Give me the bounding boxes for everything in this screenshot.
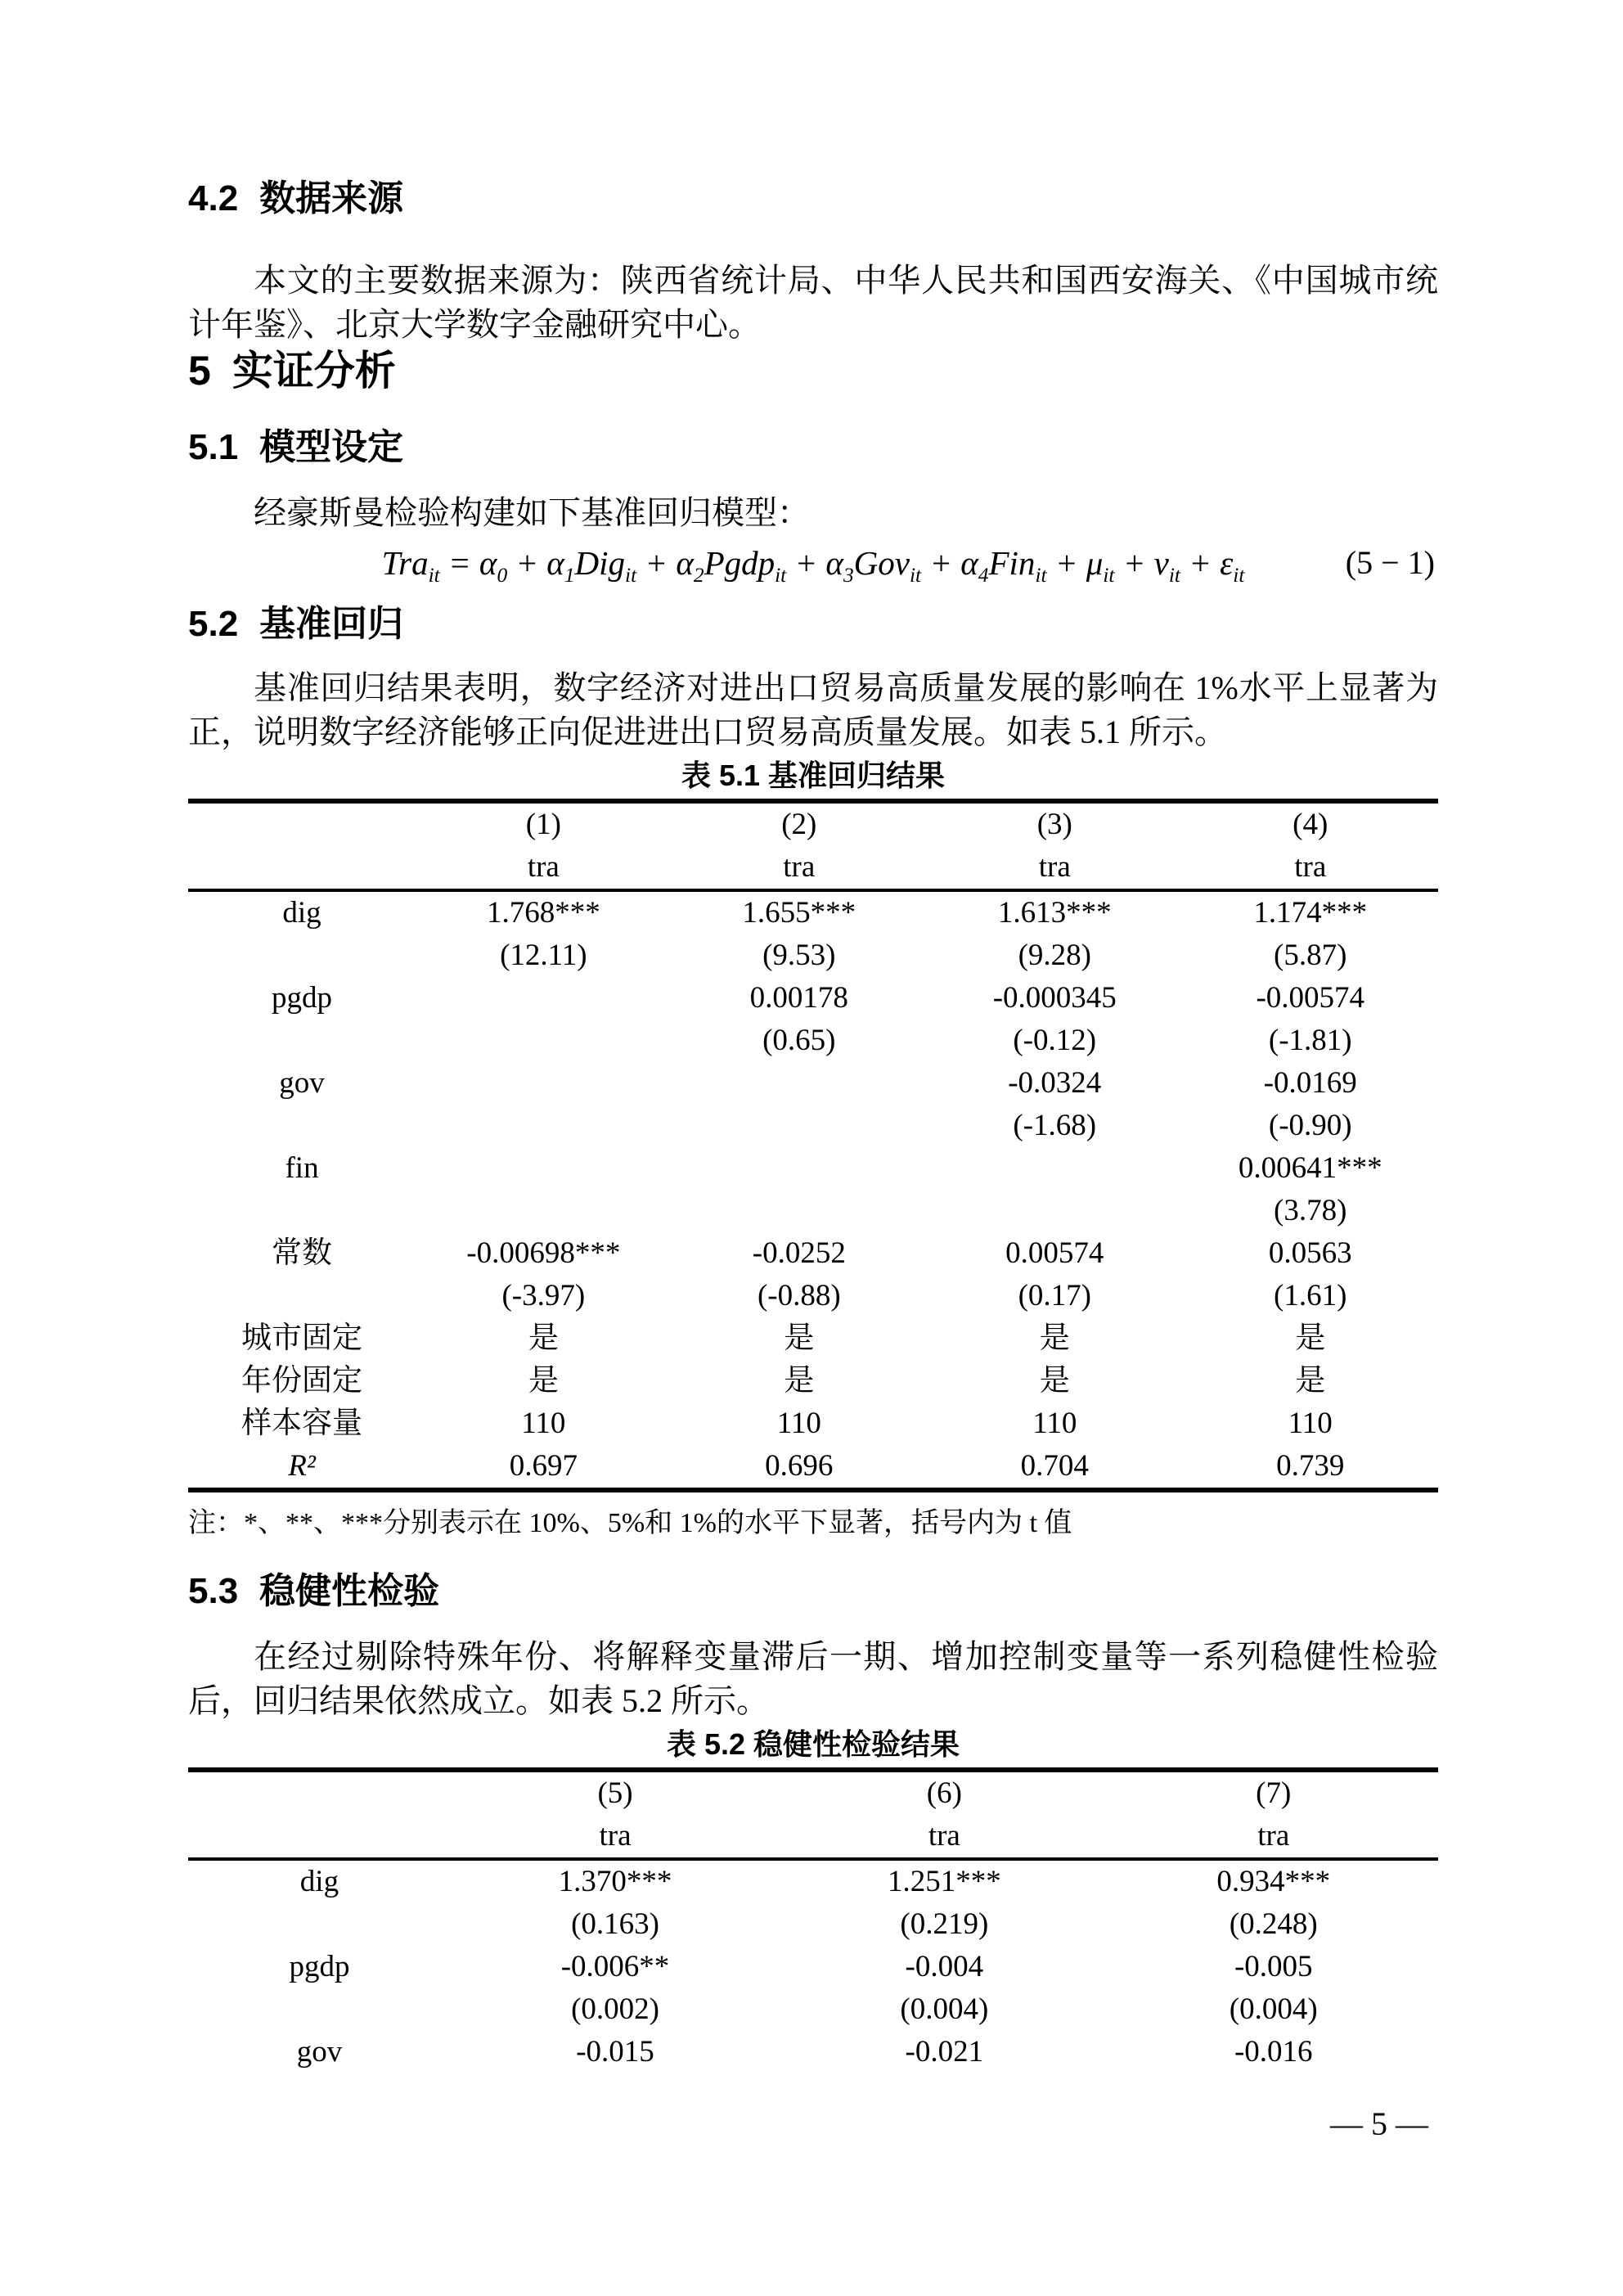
cell-value: (0.004) — [780, 1988, 1108, 2031]
equation-subscript: 3 — [843, 564, 854, 587]
cell-value — [416, 1147, 671, 1190]
equation-row: Trait = α0 + α1Digit + α2Pgdpit + α3Govi… — [188, 538, 1438, 588]
paragraph-baseline-results: 基准回归结果表明，数字经济对进出口贸易高质量发展的影响在 1%水平上显著为正，说… — [188, 666, 1438, 754]
column-header: tra — [780, 1815, 1108, 1859]
row-label — [188, 1105, 416, 1147]
row-label: gov — [188, 2031, 451, 2073]
equation-term: + ε — [1180, 544, 1233, 582]
table-row: 年份固定是是是是 — [188, 1360, 1438, 1402]
row-label — [188, 1815, 451, 1859]
row-label: pgdp — [188, 1946, 451, 1988]
cell-value — [672, 1190, 927, 1232]
cell-value: 0.00178 — [672, 977, 927, 1020]
row-label: 年份固定 — [188, 1360, 416, 1402]
equation-term: Dig — [575, 544, 626, 582]
row-label: gov — [188, 1062, 416, 1105]
paragraph-model-lead: 经豪斯曼检验构建如下基准回归模型： — [188, 491, 1438, 535]
section-heading-5-2: 5.2基准回归 — [188, 604, 1438, 645]
table-row: (0.65)(-0.12)(-1.81) — [188, 1020, 1438, 1062]
equation-term: + α — [921, 544, 978, 582]
column-header: (3) — [927, 801, 1182, 846]
cell-value: (9.28) — [927, 934, 1182, 977]
row-label — [188, 1275, 416, 1317]
table-row: R²0.6970.6960.7040.739 — [188, 1445, 1438, 1490]
table-header-row: (1)(2)(3)(4) — [188, 801, 1438, 846]
column-header: tra — [451, 1815, 780, 1859]
cell-value: 1.370*** — [451, 1859, 780, 1903]
table-caption-5-2: 表 5.2 稳健性检验结果 — [188, 1728, 1438, 1761]
equation-term: + α — [507, 544, 564, 582]
equation-number: (5 − 1) — [1346, 538, 1435, 588]
column-header: tra — [927, 846, 1182, 890]
section-heading-5-3: 5.3稳健性检验 — [188, 1571, 1438, 1612]
equation-subscript: it — [1035, 564, 1046, 587]
column-header: tra — [672, 846, 927, 890]
row-label — [188, 801, 416, 846]
table-row: 样本容量110110110110 — [188, 1402, 1438, 1445]
section-heading-4-2: 4.2数据来源 — [188, 178, 1438, 219]
table-row: (-1.68)(-0.90) — [188, 1105, 1438, 1147]
cell-value — [672, 1062, 927, 1105]
equation-subscript: it — [625, 564, 636, 587]
section-title: 数据来源 — [259, 178, 403, 218]
row-label — [188, 846, 416, 890]
column-header: (6) — [780, 1770, 1108, 1815]
equation-term: + ν — [1114, 544, 1168, 582]
cell-value — [672, 1105, 927, 1147]
cell-value: 是 — [672, 1317, 927, 1360]
cell-value: 1.251*** — [780, 1859, 1108, 1903]
cell-value: -0.00574 — [1183, 977, 1439, 1020]
paragraph-data-sources: 本文的主要数据来源为：陕西省统计局、中华人民共和国西安海关、《中国城市统计年鉴》… — [188, 259, 1438, 347]
column-header: tra — [416, 846, 671, 890]
table-header-row: tratratratra — [188, 846, 1438, 890]
cell-value: 0.934*** — [1109, 1859, 1439, 1903]
cell-value: (12.11) — [416, 934, 671, 977]
equation-term: = α — [440, 544, 497, 582]
cell-value: (0.17) — [927, 1275, 1182, 1317]
cell-value: -0.005 — [1109, 1946, 1439, 1988]
table-row: (12.11)(9.53)(9.28)(5.87) — [188, 934, 1438, 977]
cell-value: 是 — [672, 1360, 927, 1402]
row-label: fin — [188, 1147, 416, 1190]
column-header: (5) — [451, 1770, 780, 1815]
row-label — [188, 1988, 451, 2031]
cell-value: (0.65) — [672, 1020, 927, 1062]
cell-value — [927, 1147, 1182, 1190]
cell-value: 0.0563 — [1183, 1232, 1439, 1275]
cell-value: (-1.68) — [927, 1105, 1182, 1147]
cell-value: 是 — [416, 1360, 671, 1402]
row-label: dig — [188, 1859, 451, 1903]
equation-term: Fin — [989, 544, 1036, 582]
cell-value: 0.704 — [927, 1445, 1182, 1490]
equation-subscript: it — [1169, 564, 1180, 587]
cell-value: 0.00574 — [927, 1232, 1182, 1275]
table-row: dig1.768***1.655***1.613***1.174*** — [188, 890, 1438, 934]
cell-value: (0.163) — [451, 1903, 780, 1946]
cell-value: 110 — [672, 1402, 927, 1445]
cell-value: (-3.97) — [416, 1275, 671, 1317]
column-header: (2) — [672, 801, 927, 846]
equation-subscript: it — [910, 564, 921, 587]
cell-value: 是 — [927, 1317, 1182, 1360]
equation-term: + μ — [1047, 544, 1104, 582]
table-row: (3.78) — [188, 1190, 1438, 1232]
section-heading-5-1: 5.1模型设定 — [188, 427, 1438, 468]
cell-value: 1.655*** — [672, 890, 927, 934]
cell-value: (-0.12) — [927, 1020, 1182, 1062]
column-header: (7) — [1109, 1770, 1439, 1815]
section-number: 4.2 — [188, 178, 238, 219]
equation-term: + α — [786, 544, 843, 582]
regression-equation: Trait = α0 + α1Digit + α2Pgdpit + α3Govi… — [382, 544, 1245, 582]
cell-value: (1.61) — [1183, 1275, 1439, 1317]
table-row: pgdp0.00178-0.000345-0.00574 — [188, 977, 1438, 1020]
cell-value: 0.697 — [416, 1445, 671, 1490]
cell-value — [416, 1190, 671, 1232]
cell-value: (9.53) — [672, 934, 927, 977]
table-row: dig1.370***1.251***0.934*** — [188, 1859, 1438, 1903]
table-note: 注：*、**、***分别表示在 10%、5%和 1%的水平下显著，括号内为 t … — [188, 1506, 1438, 1542]
cell-value: 110 — [416, 1402, 671, 1445]
cell-value: -0.006** — [451, 1946, 780, 1988]
equation-subscript: it — [1233, 564, 1244, 587]
equation-term: + α — [636, 544, 694, 582]
document-page: 4.2数据来源 本文的主要数据来源为：陕西省统计局、中华人民共和国西安海关、《中… — [0, 0, 1623, 2296]
column-header: tra — [1183, 846, 1439, 890]
equation-subscript: 1 — [564, 564, 575, 587]
cell-value: -0.0324 — [927, 1062, 1182, 1105]
column-header: (1) — [416, 801, 671, 846]
section-title: 稳健性检验 — [259, 1571, 439, 1611]
table-row: fin0.00641*** — [188, 1147, 1438, 1190]
table-row: (-3.97)(-0.88)(0.17)(1.61) — [188, 1275, 1438, 1317]
table-row: (0.002)(0.004)(0.004) — [188, 1988, 1438, 2031]
table-row: pgdp-0.006**-0.004-0.005 — [188, 1946, 1438, 1988]
table-row: gov-0.0324-0.0169 — [188, 1062, 1438, 1105]
cell-value: 是 — [1183, 1317, 1439, 1360]
equation-term: Gov — [854, 544, 910, 582]
row-label: 常数 — [188, 1232, 416, 1275]
cell-value: 0.00641*** — [1183, 1147, 1439, 1190]
table-header-row: tratratra — [188, 1815, 1438, 1859]
table-5-2-robustness-check: (5)(6)(7)tratratra dig1.370***1.251***0.… — [188, 1767, 1438, 2073]
cell-value — [927, 1190, 1182, 1232]
cell-value: (-0.90) — [1183, 1105, 1439, 1147]
cell-value — [416, 977, 671, 1020]
cell-value: (0.248) — [1109, 1903, 1439, 1946]
chapter-number: 5 — [188, 347, 211, 394]
row-label — [188, 1903, 451, 1946]
cell-value: -0.000345 — [927, 977, 1182, 1020]
equation-subscript: 4 — [978, 564, 989, 587]
row-label: pgdp — [188, 977, 416, 1020]
cell-value: 110 — [1183, 1402, 1439, 1445]
cell-value: -0.015 — [451, 2031, 780, 2073]
equation-term: Pgdp — [704, 544, 776, 582]
row-label — [188, 934, 416, 977]
cell-value: 110 — [927, 1402, 1182, 1445]
cell-value: 是 — [927, 1360, 1182, 1402]
cell-value: 1.174*** — [1183, 890, 1439, 934]
table-caption-5-1: 表 5.1 基准回归结果 — [188, 759, 1438, 792]
column-header: (4) — [1183, 801, 1439, 846]
cell-value — [416, 1062, 671, 1105]
row-label: dig — [188, 890, 416, 934]
table-row: (0.163)(0.219)(0.248) — [188, 1903, 1438, 1946]
cell-value: 是 — [416, 1317, 671, 1360]
cell-value: (5.87) — [1183, 934, 1439, 977]
cell-value: -0.016 — [1109, 2031, 1439, 2073]
section-number: 5.1 — [188, 427, 238, 468]
equation-subscript: it — [775, 564, 786, 587]
page-number: — 5 — — [1330, 2105, 1428, 2144]
table-row: gov-0.015-0.021-0.016 — [188, 2031, 1438, 2073]
cell-value — [416, 1105, 671, 1147]
table-5-1-baseline-regression: (1)(2)(3)(4)tratratratra dig1.768***1.65… — [188, 799, 1438, 1492]
cell-value: -0.0169 — [1183, 1062, 1439, 1105]
row-label: R² — [188, 1445, 416, 1490]
equation-subscript: 0 — [497, 564, 507, 587]
cell-value: (-0.88) — [672, 1275, 927, 1317]
section-number: 5.3 — [188, 1571, 238, 1612]
cell-value: (0.219) — [780, 1903, 1108, 1946]
cell-value: (-1.81) — [1183, 1020, 1439, 1062]
cell-value: 0.739 — [1183, 1445, 1439, 1490]
section-title: 基准回归 — [259, 604, 403, 644]
equation-subscript: it — [1103, 564, 1114, 587]
row-label — [188, 1770, 451, 1815]
section-title: 模型设定 — [259, 427, 403, 467]
cell-value: 是 — [1183, 1360, 1439, 1402]
paragraph-robustness: 在经过剔除特殊年份、将解释变量滞后一期、增加控制变量等一系列稳健性检验后，回归结… — [188, 1635, 1438, 1723]
cell-value: (3.78) — [1183, 1190, 1439, 1232]
chapter-title: 实证分析 — [232, 348, 396, 394]
table-row: 常数-0.00698***-0.02520.005740.0563 — [188, 1232, 1438, 1275]
cell-value: -0.0252 — [672, 1232, 927, 1275]
cell-value: 1.768*** — [416, 890, 671, 934]
cell-value — [416, 1020, 671, 1062]
row-label: 城市固定 — [188, 1317, 416, 1360]
chapter-heading-5: 5实证分析 — [188, 347, 1438, 394]
row-label — [188, 1190, 416, 1232]
section-number: 5.2 — [188, 604, 238, 645]
equation-subscript: 2 — [694, 564, 704, 587]
equation-subscript: it — [429, 564, 440, 587]
cell-value: -0.004 — [780, 1946, 1108, 1988]
cell-value: 0.696 — [672, 1445, 927, 1490]
cell-value: (0.004) — [1109, 1988, 1439, 2031]
table-row: 城市固定是是是是 — [188, 1317, 1438, 1360]
row-label — [188, 1020, 416, 1062]
column-header: tra — [1109, 1815, 1439, 1859]
cell-value: -0.021 — [780, 2031, 1108, 2073]
cell-value: 1.613*** — [927, 890, 1182, 934]
cell-value: (0.002) — [451, 1988, 780, 2031]
cell-value — [672, 1147, 927, 1190]
equation-term: Tra — [382, 544, 429, 582]
table-header-row: (5)(6)(7) — [188, 1770, 1438, 1815]
cell-value: -0.00698*** — [416, 1232, 671, 1275]
row-label: 样本容量 — [188, 1402, 416, 1445]
